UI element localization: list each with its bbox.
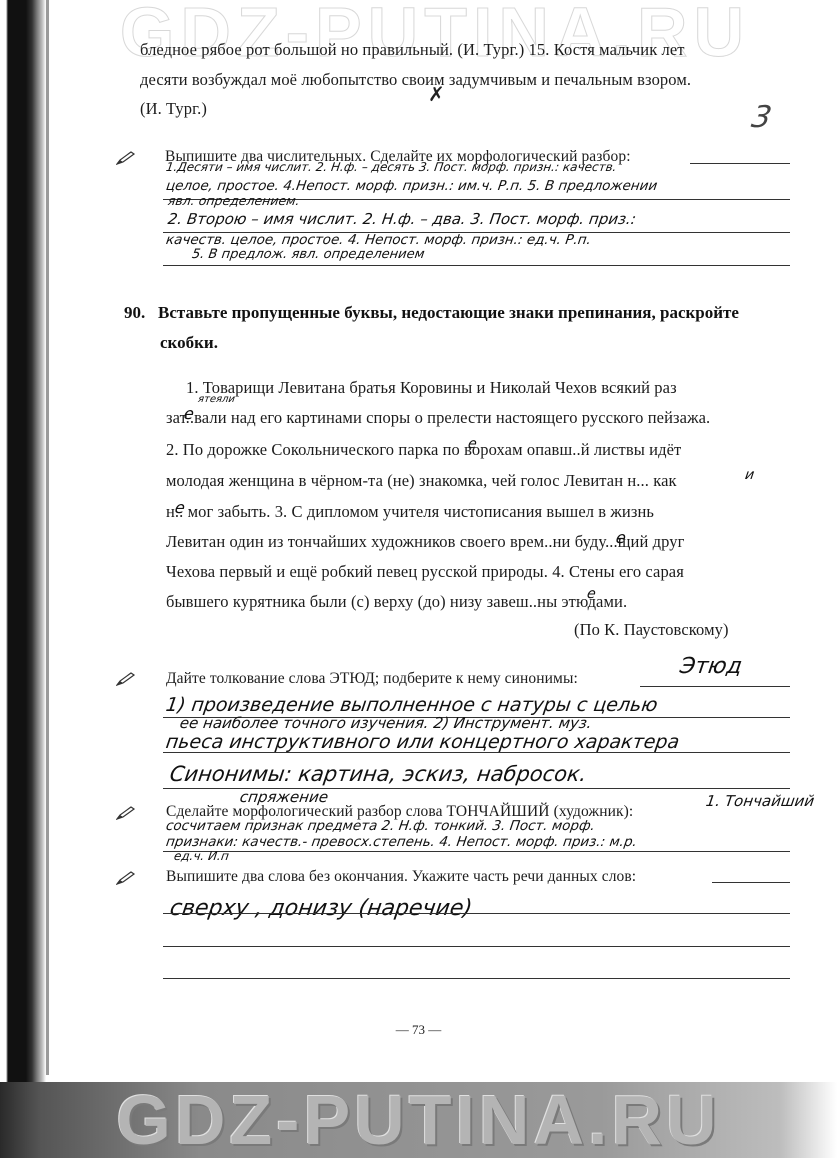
exercise-text-line-8: бывшего курятника были (с) верху (до) ни… [166, 592, 627, 612]
answer-rule [712, 882, 790, 883]
exercise-text-line-4: молодая женщина в чёрном-та (не) знакомк… [166, 471, 677, 491]
morph-answer-2: признаки: качеств.- превосх.степень. 4. … [165, 834, 638, 850]
morph-answer-1: сосчитаем признак предмета 2. Н.ф. тонки… [165, 818, 596, 834]
cross-mark: ✗ [428, 82, 445, 106]
answer-rule [163, 913, 790, 914]
etude-prompt: Дайте толкование слова ЭТЮД; подберите к… [166, 670, 578, 688]
exercise-text-line-5: н.. мог забыть. 3. С дипломом учителя чи… [166, 502, 654, 522]
answer-rule [640, 686, 790, 687]
answer-rule [163, 752, 790, 753]
exercise-heading-line-1: Вставьте пропущенные буквы, недостающие … [158, 303, 739, 323]
watermark-top: GDZ-PUTINA.RU [40, 0, 830, 72]
numerals-answer-4: 2. Второю – имя числит. 2. Н.ф. – два. 3… [167, 210, 638, 228]
numerals-answer-5: качеств. целое, простое. 4. Непост. морф… [165, 232, 592, 248]
answer-rule [163, 265, 790, 266]
pencil-icon [116, 871, 136, 885]
etude-answer-4: Синонимы: картина, эскиз, набросок. [168, 762, 588, 786]
prev-text-line-2: десяти возбуждал моё любопытство своим з… [140, 70, 691, 90]
pencil-icon [116, 672, 136, 686]
etude-inline-answer: Этюд [678, 654, 743, 679]
no-ending-answer-1: сверху , донизу (наречие) [168, 896, 474, 921]
answer-rule [163, 946, 790, 947]
morph-inline-answer: 1. Тончайший [705, 792, 816, 810]
pencil-icon [116, 151, 136, 165]
answer-rule [163, 851, 790, 852]
page-number: — 73 — [0, 1022, 837, 1038]
no-ending-prompt: Выпишите два слова без окончания. Укажит… [166, 868, 636, 886]
watermark-bottom: GDZ-PUTINA.RU [0, 1080, 837, 1158]
pencil-icon [116, 806, 136, 820]
exercise-text-line-2: зат..вали над его картинами споры о прел… [166, 408, 710, 428]
etude-answer-3: пьеса инструктивного или концертного хар… [164, 731, 680, 753]
exercise-heading-line-2: скобки. [160, 333, 218, 353]
exercise-text-line-3: 2. По дорожке Сокольнического парка по в… [166, 440, 681, 460]
scan-binding-line [46, 0, 49, 1075]
exercise-text-line-1: 1. Товарищи Левитана братья Коровины и Н… [186, 378, 677, 398]
exercise-text-line-6: Левитан один из тончайших художников сво… [166, 532, 684, 552]
numerals-answer-3: явл. определением. [167, 193, 301, 208]
handwritten-insertion: ятеяли [197, 394, 235, 405]
prev-text-line-3: (И. Тург.) [140, 99, 207, 119]
prev-text-line-1: бледное рябое рот большой но правильный.… [140, 40, 685, 60]
scan-binding-edge [0, 0, 48, 1158]
exercise-source: (По К. Паустовскому) [574, 620, 729, 640]
handwritten-insertion: и [744, 467, 755, 483]
etude-answer-2: ее наиболее точного изучения. 2) Инструм… [179, 714, 593, 732]
morph-answer-3: ед.ч. И.п [173, 849, 230, 863]
exercise-number: 90. [124, 303, 145, 323]
numerals-answer-1: 1.Десяти – имя числит. 2. Н.ф. – десять … [165, 160, 618, 174]
answer-rule [163, 978, 790, 979]
numerals-answer-6: 5. В предлож. явл. определением [191, 247, 425, 262]
answer-rule [690, 163, 790, 164]
numerals-answer-2: целое, простое. 4.Непост. морф. призн.: … [165, 178, 658, 194]
etude-answer-1: 1) произведение выполненное с натуры с ц… [164, 694, 659, 716]
grade-mark: 3 [749, 100, 774, 135]
exercise-text-line-7: Чехова первый и ещё робкий певец русской… [166, 562, 684, 582]
